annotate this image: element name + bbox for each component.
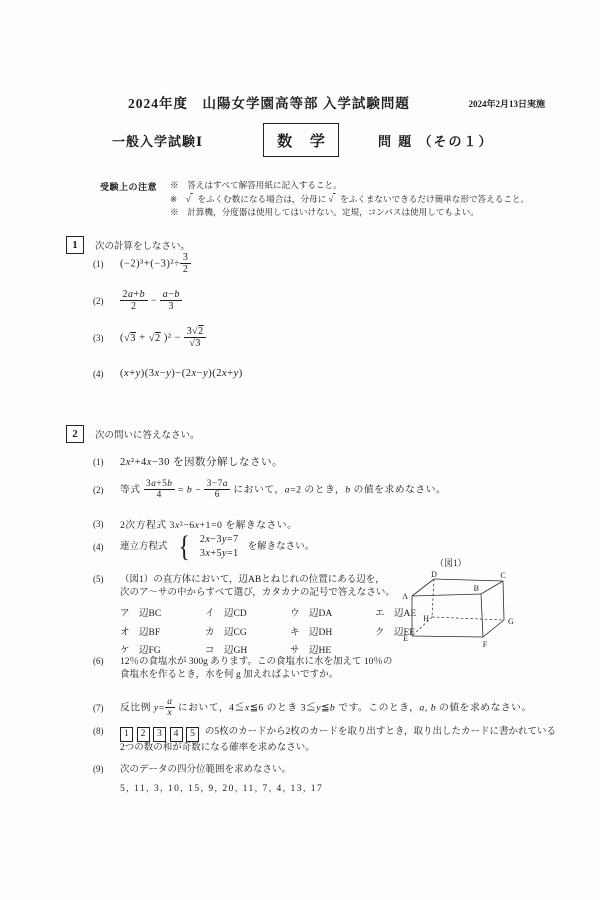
problem-2-number: 2	[66, 425, 84, 443]
cuboid-figure: A B C D E F G H	[398, 571, 548, 666]
vertex-label-a: A	[402, 592, 408, 601]
p1-item-3: (3) (√3 + √2 )² − 3√2√3	[93, 326, 206, 349]
subject-label: 数 学	[270, 130, 332, 151]
vertex-label-d: D	[431, 571, 437, 579]
notes-list: ※ 答えはすべて解答用紙に記入すること。 ※ √ をふくむ数になる場合は，分母に…	[170, 179, 529, 220]
choice: ウ 辺DA	[290, 605, 375, 619]
choice: サ 辺HE	[290, 642, 375, 656]
p2-item-3: (3) 2次方程式 3x²−6x+1=0 を解きなさい。	[93, 517, 297, 531]
choice: オ 辺BF	[120, 624, 205, 638]
choice: イ 辺CD	[205, 605, 290, 619]
p2-item-6: (6) 12％の食塩水が 300g あります。この食塩水に水を加えて 10％の …	[93, 656, 392, 682]
subject-box: 数 学	[263, 123, 339, 157]
p2-item-4: (4) 連立方程式 { 2x−3y=7 3x+5y=1 を解きなさい。	[93, 533, 314, 561]
p2-item-8: (8) 12345 の5枚のカードから2枚のカードを取り出すとき，取り出したカー…	[93, 726, 556, 755]
card-2: 2	[137, 727, 150, 742]
p2-item-1: (1) 2x²+4x−30 を因数分解しなさい。	[93, 454, 283, 469]
paper-label: 問 題 （その１）	[378, 131, 494, 150]
problem-1-title: 次の計算をしなさい。	[95, 238, 190, 252]
exam-date: 2024年2月13日実施	[468, 97, 545, 110]
notes-title: 受験上の注意	[100, 179, 157, 220]
note-item: ※ 答えはすべて解答用紙に記入すること。	[170, 179, 529, 193]
p1-item-1: (1) (−2)³+(−3)²÷32	[93, 252, 191, 275]
problem-1: 1 次の計算をしなさい。 (1) (−2)³+(−3)²÷32 (2) 2a+b…	[0, 236, 600, 421]
choice: カ 辺CG	[205, 624, 290, 638]
p2-item-9: (9) 次のデータの四分位範囲を求めなさい。 5, 11, 3, 10, 15,…	[93, 764, 323, 796]
p2-item-7: (7) 反比例 y=ax において，4≦x≦6 のとき 3≦y≦b です。このと…	[93, 697, 532, 719]
note-item: ※ 計算機，分度器は使用してはいけない。定規，コンパスは使用してもよい。	[170, 206, 529, 220]
exam-page: 2024年度 山陽女学園高等部 入学試験問題 2024年2月13日実施 一般入学…	[0, 0, 600, 900]
exam-notes: 受験上の注意 ※ 答えはすべて解答用紙に記入すること。 ※ √ をふくむ数になる…	[100, 179, 529, 220]
system-brace: {	[178, 533, 190, 561]
vertex-label-c: C	[500, 571, 505, 580]
choice: コ 辺GH	[205, 642, 290, 656]
card-1: 1	[120, 727, 133, 742]
figure-1-label: （図1）	[435, 556, 467, 569]
note-item: ※ √ をふくむ数になる場合は，分母に √ をふくまないできるだけ簡単な形で答え…	[170, 193, 529, 207]
vertex-label-h: H	[423, 614, 429, 623]
p1-item-2: (2) 2a+b2 − a−b3	[93, 289, 182, 312]
problem-2-title: 次の問いに答えなさい。	[95, 427, 200, 441]
p1-item-4: (4) (x+y)(3x−y)−(2x−y)(2x+y)	[93, 368, 243, 379]
vertex-label-b: B	[474, 584, 479, 593]
vertex-label-g: G	[508, 617, 514, 626]
figure-1: （図1） A B C D E F G H	[398, 556, 558, 674]
choice: ア 辺BC	[120, 605, 205, 619]
equation-system: 2x−3y=7 3x+5y=1	[200, 533, 239, 561]
problem-1-number: 1	[66, 236, 84, 254]
choice: キ 辺DH	[290, 624, 375, 638]
card-5: 5	[186, 727, 199, 742]
card-3: 3	[153, 727, 166, 742]
page-title: 2024年度 山陽女学園高等部 入学試験問題	[128, 92, 410, 112]
p2-item-2: (2) 等式 3a+5b4 = b − 3−7a6 において，a=2 のとき，b…	[93, 479, 446, 501]
vertex-label-e: E	[403, 634, 408, 643]
vertex-label-f: F	[483, 640, 488, 649]
exam-type: 一般入学試験Ⅰ	[112, 131, 203, 150]
data-values: 5, 11, 3, 10, 15, 9, 20, 11, 7, 4, 13, 1…	[120, 783, 323, 796]
choice: ケ 辺FG	[120, 642, 205, 656]
card-4: 4	[170, 727, 183, 742]
